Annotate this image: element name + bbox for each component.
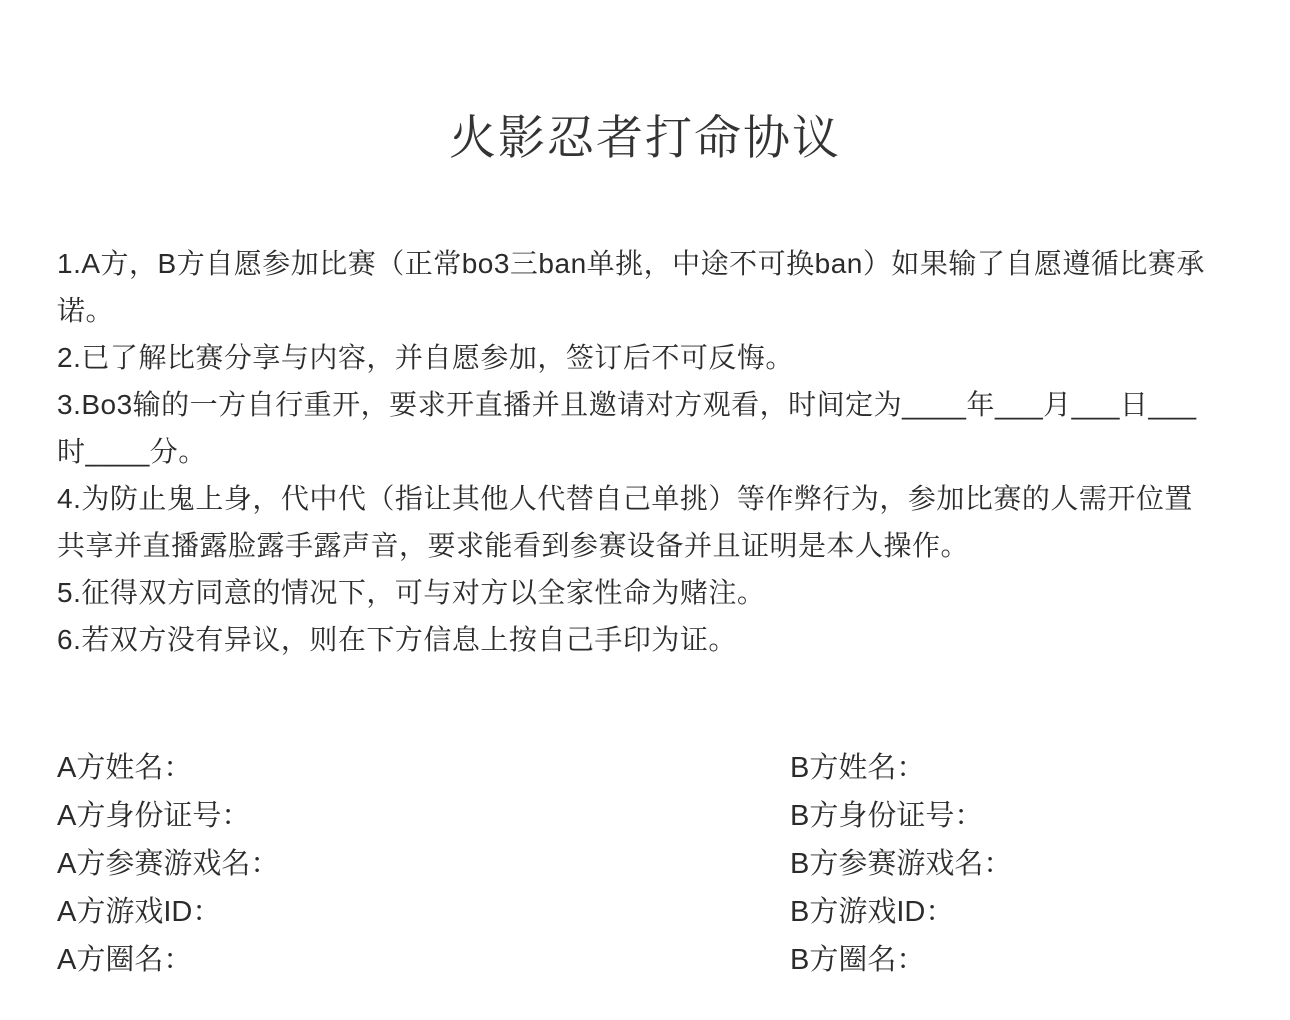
party-a-fields: A方姓名： A方身份证号： A方参赛游戏名： A方游戏ID： A方圈名： [57, 744, 790, 984]
clause-6: 6.若双方没有异议，则在下方信息上按自己手印为证。 [57, 616, 1210, 663]
party-b-game-id-label: B方游戏ID： [790, 888, 1210, 936]
party-a-name-label: A方姓名： [57, 744, 790, 792]
signature-section: A方姓名： A方身份证号： A方参赛游戏名： A方游戏ID： A方圈名： B方姓… [57, 744, 1210, 984]
party-b-id-number-label: B方身份证号： [790, 792, 1210, 840]
party-a-game-name-label: A方参赛游戏名： [57, 840, 790, 888]
party-a-id-number-label: A方身份证号： [57, 792, 790, 840]
party-a-circle-name-label: A方圈名： [57, 936, 790, 984]
page-title: 火影忍者打命协议 [80, 108, 1210, 168]
clause-4: 4.为防止鬼上身，代中代（指让其他人代替自己单挑）等作弊行为，参加比赛的人需开位… [57, 475, 1210, 569]
party-b-game-name-label: B方参赛游戏名： [790, 840, 1210, 888]
clause-1: 1.A方，B方自愿参加比赛（正常bo3三ban单挑，中途不可换ban）如果输了自… [57, 240, 1210, 334]
agreement-document: 火影忍者打命协议 1.A方，B方自愿参加比赛（正常bo3三ban单挑，中途不可换… [0, 0, 1290, 1020]
clause-list: 1.A方，B方自愿参加比赛（正常bo3三ban单挑，中途不可换ban）如果输了自… [57, 240, 1210, 663]
party-a-game-id-label: A方游戏ID： [57, 888, 790, 936]
party-b-fields: B方姓名： B方身份证号： B方参赛游戏名： B方游戏ID： B方圈名： [790, 744, 1210, 984]
party-b-name-label: B方姓名： [790, 744, 1210, 792]
clause-5: 5.征得双方同意的情况下，可与对方以全家性命为赌注。 [57, 569, 1210, 616]
clause-3: 3.Bo3输的一方自行重开，要求开直播并且邀请对方观看，时间定为____年___… [57, 381, 1210, 475]
party-b-circle-name-label: B方圈名： [790, 936, 1210, 984]
clause-2: 2.已了解比赛分享与内容，并自愿参加，签订后不可反悔。 [57, 334, 1210, 381]
